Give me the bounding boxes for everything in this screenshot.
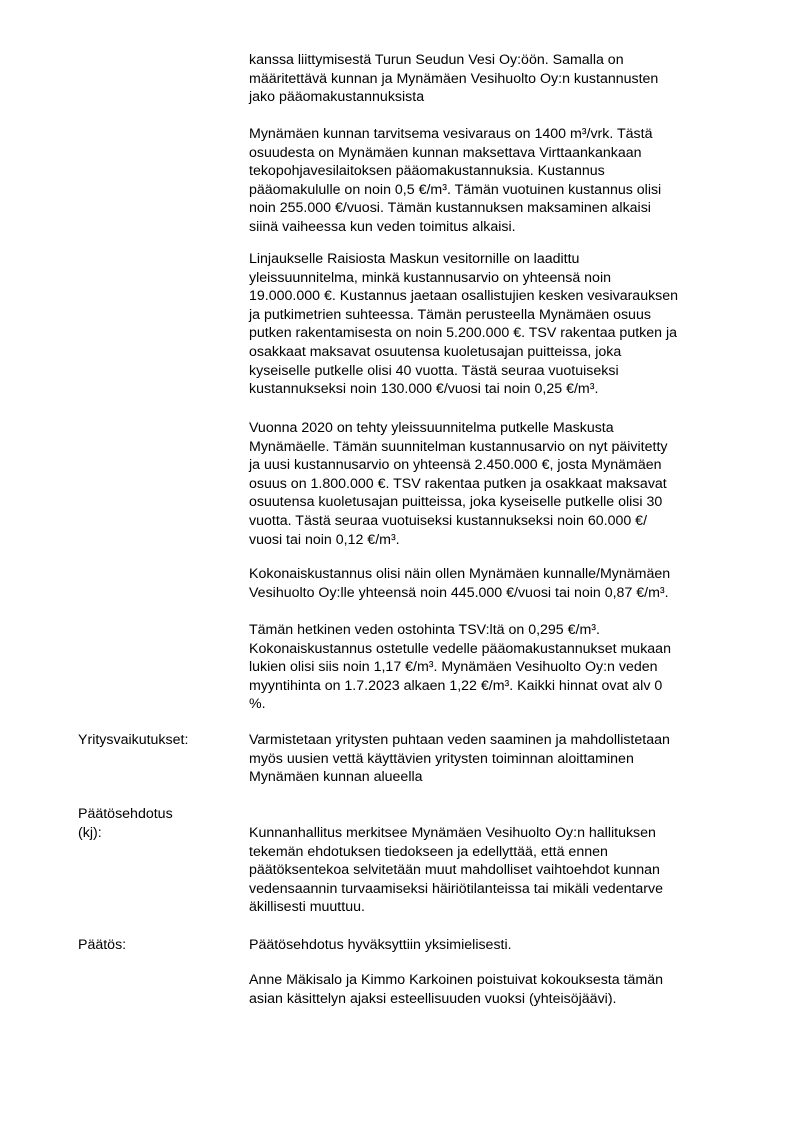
paragraph-text: kanssa liittymisestä Turun Seudun Vesi O…	[249, 51, 741, 107]
intro-paragraph-4: Vuonna 2020 on tehty yleissuunnitelma pu…	[249, 419, 741, 549]
section-label-business-impacts: Yritysvaikutukset:	[78, 731, 243, 750]
paragraph-text: Varmistetaan yritysten puhtaan veden saa…	[249, 731, 741, 787]
paragraph-text: Kunnanhallitus merkitsee Mynämäen Vesihu…	[249, 824, 741, 917]
intro-paragraph-5: Kokonaiskustannus olisi näin ollen Mynäm…	[249, 565, 741, 602]
paragraph-text: Mynämäen kunnan tarvitsema vesivaraus on…	[249, 125, 741, 237]
paragraph-text: Linjaukselle Raisiosta Maskun vesitornil…	[249, 250, 741, 399]
paragraph-text: Tämän hetkinen veden ostohinta TSV:ltä o…	[249, 621, 741, 714]
intro-paragraph-6: Tämän hetkinen veden ostohinta TSV:ltä o…	[249, 621, 741, 714]
paragraph-text: Vuonna 2020 on tehty yleissuunnitelma pu…	[249, 419, 741, 549]
section-business-impacts-body: Varmistetaan yritysten puhtaan veden saa…	[249, 731, 741, 787]
section-decision-body: Päätösehdotus hyväksyttiin yksimielisest…	[249, 936, 741, 955]
section-decision-note: Anne Mäkisalo ja Kimmo Karkoinen poistui…	[249, 971, 741, 1008]
section-label-decision: Päätös:	[78, 936, 243, 955]
section-decision-proposal-body: Kunnanhallitus merkitsee Mynämäen Vesihu…	[249, 824, 741, 917]
paragraph-text: Päätösehdotus hyväksyttiin yksimielisest…	[249, 936, 741, 955]
document-page: kanssa liittymisestä Turun Seudun Vesi O…	[0, 0, 794, 1122]
intro-paragraph-1: kanssa liittymisestä Turun Seudun Vesi O…	[249, 51, 741, 107]
paragraph-text: Kokonaiskustannus olisi näin ollen Mynäm…	[249, 565, 741, 602]
intro-paragraph-2: Mynämäen kunnan tarvitsema vesivaraus on…	[249, 125, 741, 237]
paragraph-text: Anne Mäkisalo ja Kimmo Karkoinen poistui…	[249, 971, 741, 1008]
intro-paragraph-3: Linjaukselle Raisiosta Maskun vesitornil…	[249, 250, 741, 399]
section-label-decision-proposal: Päätösehdotus (kj):	[78, 805, 243, 842]
